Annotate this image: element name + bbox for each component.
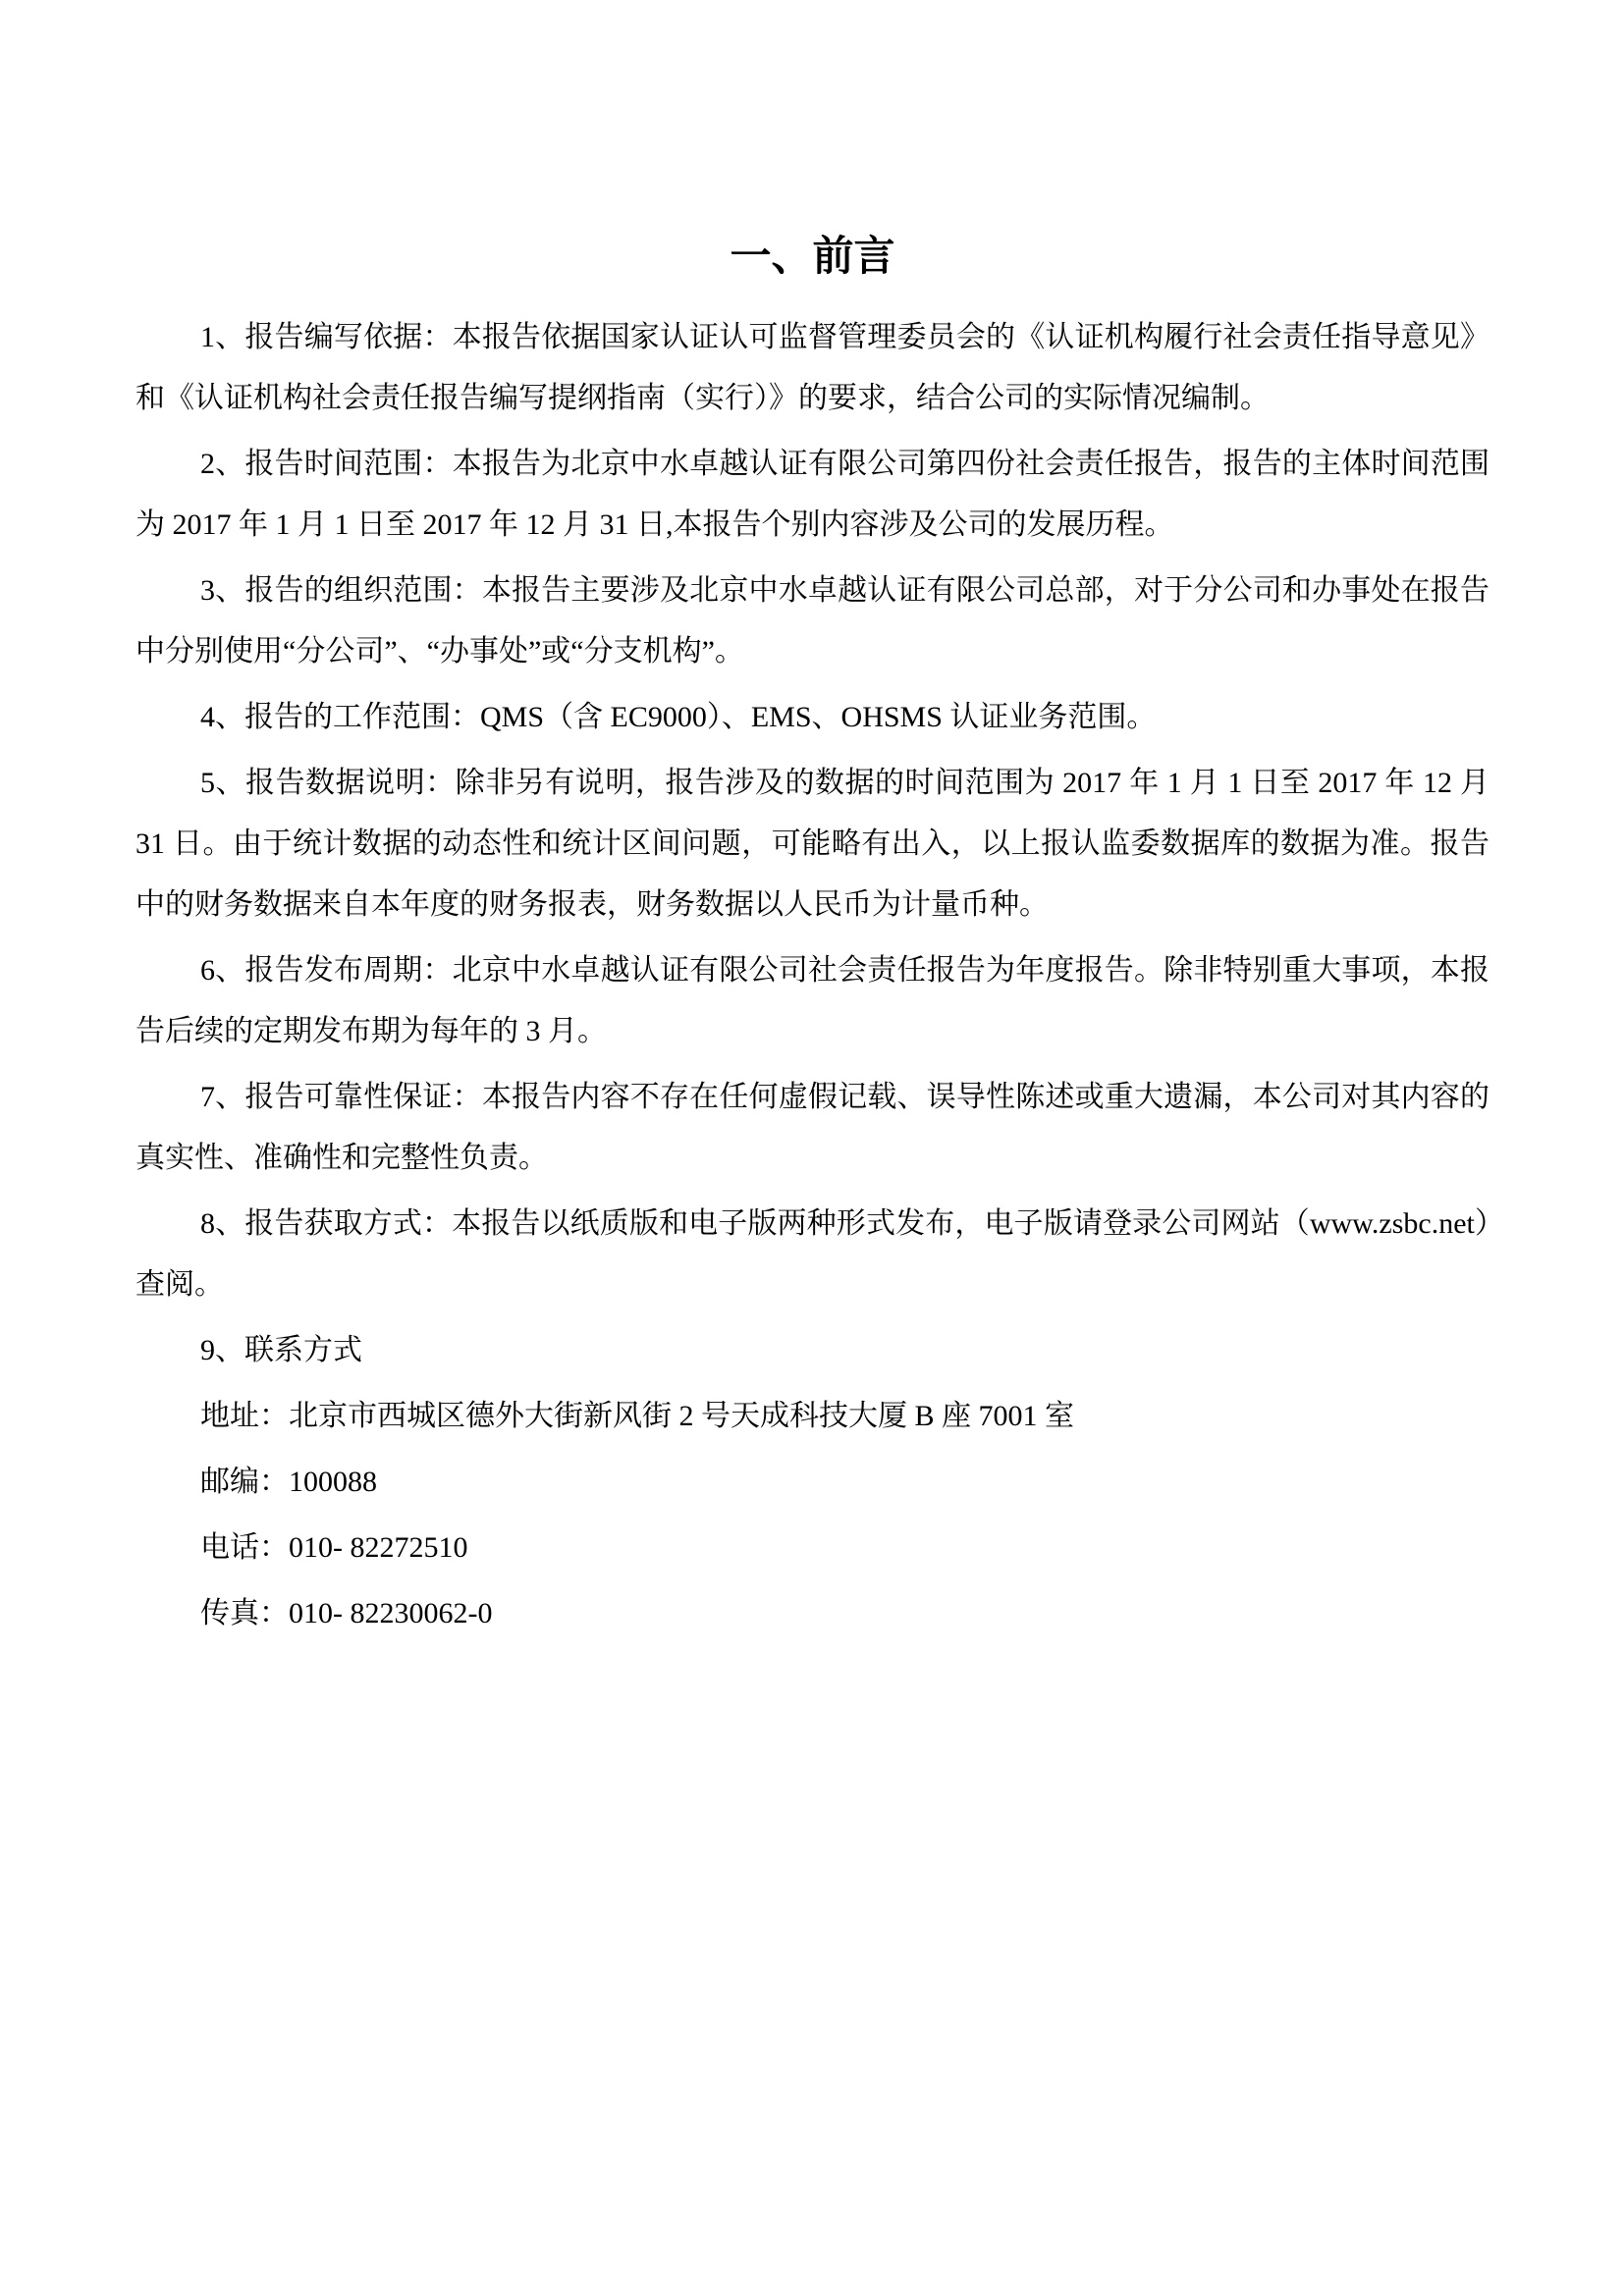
section-title: 一、前言 (135, 231, 1489, 282)
paragraph: 6、报告发布周期：北京中水卓越认证有限公司社会责任报告为年度报告。除非特别重大事… (135, 940, 1489, 1062)
paragraph: 传真：010- 82230062-0 (135, 1583, 1489, 1644)
paragraph: 5、报告数据说明：除非另有说明，报告涉及的数据的时间范围为 2017 年 1 月… (135, 753, 1489, 935)
paragraph: 地址：北京市西城区德外大街新风街 2 号天成科技大厦 B 座 7001 室 (135, 1386, 1489, 1447)
paragraph: 邮编：100088 (135, 1452, 1489, 1513)
paragraph: 2、报告时间范围：本报告为北京中水卓越认证有限公司第四份社会责任报告，报告的主体… (135, 434, 1489, 556)
paragraph: 4、报告的工作范围：QMS（含 EC9000）、EMS、OHSMS 认证业务范围… (135, 687, 1489, 748)
document-page: 一、前言 1、报告编写依据：本报告依据国家认证认可监督管理委员会的《认证机构履行… (0, 0, 1624, 2296)
paragraph: 8、报告获取方式：本报告以纸质版和电子版两种形式发布，电子版请登录公司网站（ww… (135, 1194, 1489, 1315)
document-body: 1、报告编写依据：本报告依据国家认证认可监督管理委员会的《认证机构履行社会责任指… (135, 307, 1489, 1644)
paragraph: 3、报告的组织范围：本报告主要涉及北京中水卓越认证有限公司总部，对于分公司和办事… (135, 561, 1489, 682)
paragraph: 1、报告编写依据：本报告依据国家认证认可监督管理委员会的《认证机构履行社会责任指… (135, 307, 1489, 429)
paragraph: 7、报告可靠性保证：本报告内容不存在任何虚假记载、误导性陈述或重大遗漏，本公司对… (135, 1067, 1489, 1189)
paragraph: 电话：010- 82272510 (135, 1518, 1489, 1578)
paragraph: 9、联系方式 (135, 1320, 1489, 1381)
